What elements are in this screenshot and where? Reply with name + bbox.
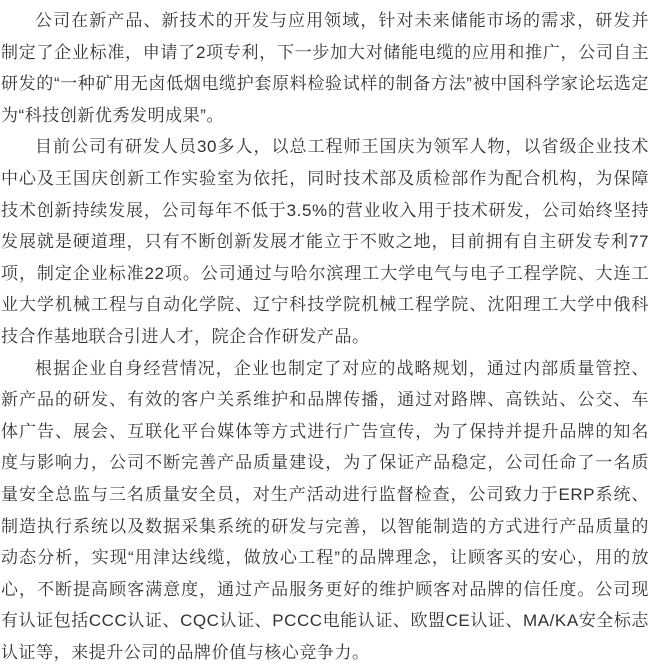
document-body: 公司在新产品、新技术的开发与应用领域，针对未来储能市场的需求，研发并制定了企业标…: [0, 0, 650, 670]
paragraph-strategy-quality: 根据企业自身经营情况，企业也制定了对应的战略规划，通过内部质量管控、新产品的研发…: [1, 353, 649, 669]
paragraph-rnd-team: 目前公司有研发人员30多人，以总工程师王国庆为领军人物，以省级企业技术中心及王国…: [1, 131, 649, 352]
paragraph-company-rnd: 公司在新产品、新技术的开发与应用领域，针对未来储能市场的需求，研发并制定了企业标…: [1, 5, 649, 131]
